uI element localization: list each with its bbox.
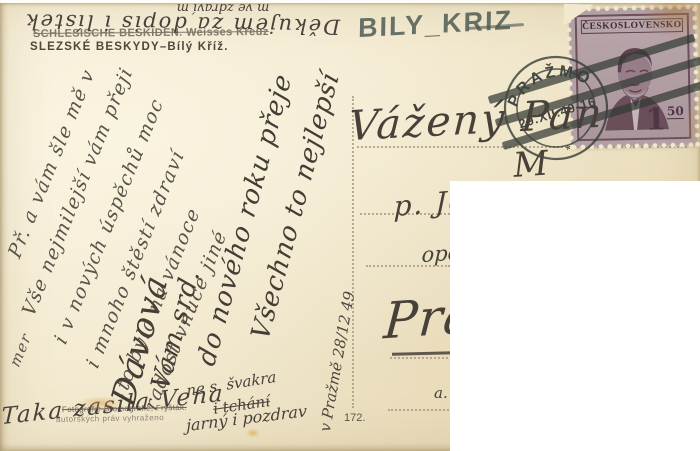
address-dotted-line [390, 357, 452, 359]
caption-czech: SLEZSKÉ BESKYDY–Bílý Kříž. [30, 41, 229, 53]
scan-edge [0, 0, 700, 3]
redaction-box [450, 181, 700, 451]
address-dotted-line [388, 409, 452, 411]
address-fragment: a. [434, 384, 448, 402]
photo-number: 172. [344, 412, 365, 424]
postcard-scan: SCHLESISCHE BESKIDEN. Weisses Kreuz SLEZ… [0, 0, 700, 451]
address-fragment: M [512, 144, 550, 186]
